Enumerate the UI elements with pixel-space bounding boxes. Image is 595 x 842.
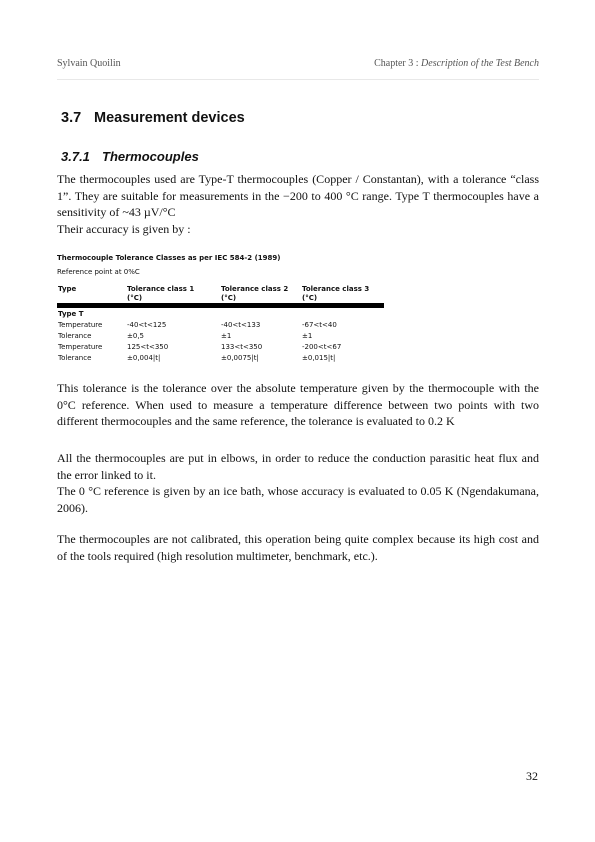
table-body: Temperature-40<t<125-40<t<133-67<t<40Tol…: [57, 321, 384, 365]
tolerance-paragraph: This tolerance is the tolerance over the…: [57, 380, 539, 430]
table-cell: ±0,015|t|: [302, 354, 335, 363]
table-title: Thermocouple Tolerance Classes as per IE…: [57, 254, 280, 262]
table-group-label: Type T: [57, 310, 384, 321]
table-cell: -67<t<40: [302, 321, 337, 330]
ice-bath-text: The 0 °C reference is given by an ice ba…: [57, 483, 539, 516]
table-row: Tolerance±0,004|t|±0,0075|t|±0,015|t|: [57, 354, 384, 365]
running-header: Sylvain Quoilin Chapter 3 : Description …: [57, 58, 539, 72]
table-header-bar: [57, 303, 384, 308]
table-cell: Tolerance: [58, 354, 91, 363]
header-chapter-prefix: Chapter 3 :: [374, 58, 421, 69]
table-row: Temperature125<t<350133<t<350-200<t<67: [57, 343, 384, 354]
section-heading: 3.7Measurement devices: [61, 110, 245, 126]
page-number: 32: [526, 769, 538, 784]
table-reference: Reference point at 0%C: [57, 268, 140, 276]
table-cell: -40<t<133: [221, 321, 260, 330]
header-cell: Tolerance class 3(°C): [302, 285, 369, 303]
table-cell: 133<t<350: [221, 343, 262, 352]
table-cell: ±0,004|t|: [127, 354, 160, 363]
table-cell: ±0,5: [127, 332, 144, 341]
section-title: Measurement devices: [94, 110, 245, 126]
header-cell: Type: [58, 285, 76, 294]
subsection-title: Thermocouples: [102, 149, 199, 164]
section-number: 3.7: [61, 110, 94, 126]
table-cell: -200<t<67: [302, 343, 341, 352]
subsection-number: 3.7.1: [61, 149, 102, 164]
header-chapter: Chapter 3 : Description of the Test Benc…: [374, 58, 539, 69]
tolerance-text: This tolerance is the tolerance over the…: [57, 380, 539, 430]
header-cell: Tolerance class 2(°C): [221, 285, 288, 303]
table-cell: Tolerance: [58, 332, 91, 341]
table-cell: 125<t<350: [127, 343, 168, 352]
table-header: Type Tolerance class 1(°C) Tolerance cla…: [57, 285, 384, 303]
table-cell: -40<t<125: [127, 321, 166, 330]
table-cell: Temperature: [58, 343, 102, 352]
intro-accuracy-line: Their accuracy is given by :: [57, 221, 539, 238]
header-chapter-title: Description of the Test Bench: [421, 58, 539, 69]
table-row: Temperature-40<t<125-40<t<133-67<t<40: [57, 321, 384, 332]
calibration-text: The thermocouples are not calibrated, th…: [57, 531, 539, 564]
intro-text: The thermocouples used are Type-T thermo…: [57, 171, 539, 221]
table-cell: ±1: [221, 332, 231, 341]
header-rule: [57, 79, 539, 80]
subsection-heading: 3.7.1Thermocouples: [61, 149, 199, 164]
calibration-paragraph: The thermocouples are not calibrated, th…: [57, 531, 539, 564]
elbows-paragraph: All the thermocouples are put in elbows,…: [57, 450, 539, 516]
elbows-text: All the thermocouples are put in elbows,…: [57, 450, 539, 483]
table-cell: ±1: [302, 332, 312, 341]
tolerance-table: Type Tolerance class 1(°C) Tolerance cla…: [57, 285, 384, 365]
intro-paragraph: The thermocouples used are Type-T thermo…: [57, 171, 539, 237]
header-author: Sylvain Quoilin: [57, 58, 121, 69]
table-cell: ±0,0075|t|: [221, 354, 259, 363]
header-cell: Tolerance class 1(°C): [127, 285, 194, 303]
table-row: Tolerance±0,5±1±1: [57, 332, 384, 343]
table-cell: Temperature: [58, 321, 102, 330]
